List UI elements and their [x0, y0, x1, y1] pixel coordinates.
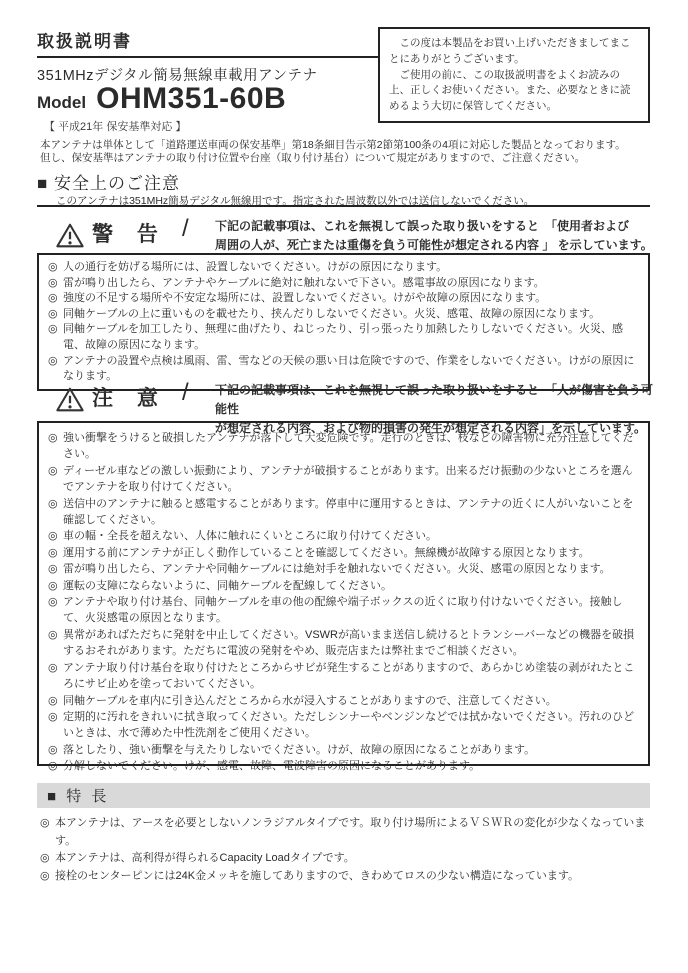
compliance-note: 【 平成21年 保安基準対応 】 — [44, 118, 186, 134]
caution-item-text: 強い衝撃をうけると破損したアンテナが落下して大変危険です。走行のときは、枝などの… — [63, 430, 640, 463]
feature-item-text: 接栓のセンターピンには24K金メッキを施してありますので、きわめてロスの少ない構… — [55, 868, 579, 886]
feature-item: ◎ 接栓のセンターピンには24K金メッキを施してありますので、きわめてロスの少な… — [40, 868, 652, 886]
double-circle-bullet-icon: ◎ — [48, 758, 63, 774]
caution-item-text: 車の幅・全長を超えない、人体に触れにくいところに取り付けてください。 — [63, 528, 437, 544]
double-circle-bullet-icon: ◎ — [40, 815, 55, 833]
feature-item: ◎ 本アンテナは、高利得が得られるCapacity Loadタイプです。 — [40, 850, 652, 868]
intro-line: 但し、保安基準はアンテナの取り付け位置や台座（取り付け基台）について規定がありま… — [40, 152, 655, 165]
warning-description-line1: 下記の記載事項は、これを無視して誤った取り扱いをすると 「使用者および — [215, 217, 657, 236]
caution-item-text: 運転の支障にならないように、同軸ケーブルを配線してください。 — [63, 578, 392, 594]
caution-item-text: アンテナや取り付け基台、同軸ケーブルを車の他の配線や端子ボックスの近くに取り付け… — [63, 594, 640, 627]
warning-box: ◎ 人の通行を妨げる場所には、設置しないでください。けがの原因になります。 ◎ … — [37, 253, 650, 391]
caution-item-text: 運用する前にアンテナが正しく動作していることを確認してください。無線機が故障する… — [63, 545, 590, 561]
double-circle-bullet-icon: ◎ — [48, 742, 63, 758]
double-circle-bullet-icon: ◎ — [48, 354, 63, 370]
safety-section-heading: ■ 安全上のご注意 — [37, 169, 180, 194]
warning-item: ◎ 同軸ケーブルを加工したり、無理に曲げたり、ねじったり、引っ張ったり加熱したり… — [48, 322, 640, 353]
warning-item-text: 同軸ケーブルの上に重いものを載せたり、挟んだりしないでください。火災、感電、故障… — [63, 307, 600, 323]
intro-paragraph: 本アンテナは単体として「道路運送車両の保安基準」第18条細目告示第2節第100条… — [40, 139, 655, 165]
caution-item-text: ディーゼル車などの激しい振動により、アンテナが破損することがあります。出来るだけ… — [63, 463, 640, 496]
caution-item-text: 雷が鳴り出したら、アンテナや同軸ケーブルには絶対手を触れないでください。火災、感… — [63, 561, 611, 577]
feature-item: ◎ 本アンテナは、アースを必要としないノンラジアルタイプです。取り付け場所による… — [40, 815, 652, 850]
caution-triangle-icon — [55, 386, 85, 418]
caution-item: ◎ 分解しないでください。けが、感電、故障、電波障害の原因になることがあります。 — [48, 758, 640, 774]
model-row: Model OHM351-60B — [37, 82, 286, 116]
warning-triangle-icon — [55, 222, 85, 254]
warning-item-text: 強度の不足する場所や不安定な場所には、設置しないでください。けがや故障の原因にな… — [63, 291, 546, 307]
feature-item-text: 本アンテナは、アースを必要としないノンラジアルタイプです。取り付け場所によるＶＳ… — [55, 815, 652, 850]
section-divider — [37, 205, 650, 207]
double-circle-bullet-icon: ◎ — [48, 260, 63, 276]
caution-item: ◎ 異常があればただちに発射を中止してください。VSWRが高いまま送信し続けると… — [48, 627, 640, 660]
warning-item: ◎ 雷が鳴り出したら、アンテナやケーブルに絶対に触れないで下さい。感電事故の原因… — [48, 276, 640, 292]
double-circle-bullet-icon: ◎ — [48, 693, 63, 709]
double-circle-bullet-icon: ◎ — [48, 528, 63, 544]
manual-page: 取扱説明書 この度は本製品をお買い上げいただきましてまことにありがとうございます… — [0, 0, 688, 973]
caution-label: 注 意 — [92, 382, 167, 412]
caution-item: ◎ 送信中のアンテナに触ると感電することがあります。停車中に運用するときは、アン… — [48, 496, 640, 529]
caution-item: ◎ 定期的に汚れをきれいに拭き取ってください。ただしシンナーやベンジンなどでは拭… — [48, 709, 640, 742]
caution-item-text: 定期的に汚れをきれいに拭き取ってください。ただしシンナーやベンジンなどでは拭かな… — [63, 709, 640, 742]
warning-item-text: 同軸ケーブルを加工したり、無理に曲げたり、ねじったり、引っ張ったり加熱したりしな… — [63, 322, 640, 353]
features-list: ◎ 本アンテナは、アースを必要としないノンラジアルタイプです。取り付け場所による… — [40, 815, 652, 885]
model-label: Model — [37, 93, 86, 113]
warning-item: ◎ 人の通行を妨げる場所には、設置しないでください。けがの原因になります。 — [48, 260, 640, 276]
caution-item: ◎ ディーゼル車などの激しい振動により、アンテナが破損することがあります。出来る… — [48, 463, 640, 496]
double-circle-bullet-icon: ◎ — [48, 545, 63, 561]
caution-item: ◎ 車の幅・全長を超えない、人体に触れにくいところに取り付けてください。 — [48, 528, 640, 544]
double-circle-bullet-icon: ◎ — [40, 868, 55, 886]
double-circle-bullet-icon: ◎ — [48, 307, 63, 323]
double-circle-bullet-icon: ◎ — [48, 594, 63, 610]
double-circle-bullet-icon: ◎ — [48, 561, 63, 577]
double-circle-bullet-icon: ◎ — [48, 578, 63, 594]
warning-item: ◎ 強度の不足する場所や不安定な場所には、設置しないでください。けがや故障の原因… — [48, 291, 640, 307]
title-divider — [37, 56, 378, 58]
caution-slash: / — [182, 379, 189, 407]
double-circle-bullet-icon: ◎ — [48, 627, 63, 643]
greeting-paragraph-1: この度は本製品をお買い上げいただきましてまことにありがとうございます。 — [389, 36, 639, 68]
caution-item: ◎ アンテナ取り付け基台を取り付けたところからサビが発生することがありますので、… — [48, 660, 640, 693]
model-number: OHM351-60B — [96, 82, 286, 116]
caution-item: ◎ 運用する前にアンテナが正しく動作していることを確認してください。無線機が故障… — [48, 545, 640, 561]
caution-item-text: 同軸ケーブルを車内に引き込んだところから水が浸入することがありますので、注意して… — [63, 693, 557, 709]
caution-item-text: 送信中のアンテナに触ると感電することがあります。停車中に運用するときは、アンテナ… — [63, 496, 640, 529]
double-circle-bullet-icon: ◎ — [48, 430, 63, 446]
caution-item: ◎ 運転の支障にならないように、同軸ケーブルを配線してください。 — [48, 578, 640, 594]
caution-item-text: 異常があればただちに発射を中止してください。VSWRが高いまま送信し続けるとトラ… — [63, 627, 640, 660]
caution-item-text: 落としたり、強い衝撃を与えたりしないでください。けが、故障の原因になることがあり… — [63, 742, 535, 758]
features-heading-bar: ■ 特 長 — [37, 783, 650, 808]
caution-item: ◎ 強い衝撃をうけると破損したアンテナが落下して大変危険です。走行のときは、枝な… — [48, 430, 640, 463]
warning-description: 下記の記載事項は、これを無視して誤った取り扱いをすると 「使用者および 周囲の人… — [215, 217, 657, 255]
features-heading: ■ 特 長 — [47, 785, 109, 806]
warning-label: 警 告 — [92, 218, 167, 248]
double-circle-bullet-icon: ◎ — [48, 463, 63, 479]
warning-item-text: 雷が鳴り出したら、アンテナやケーブルに絶対に触れないで下さい。感電事故の原因にな… — [63, 276, 545, 292]
double-circle-bullet-icon: ◎ — [40, 850, 55, 868]
intro-line: 本アンテナは単体として「道路運送車両の保安基準」第18条細目告示第2節第100条… — [40, 139, 655, 152]
caution-description-line1: 下記の記載事項は、これを無視して誤った取り扱いをすると 「人が傷害を負う可能性 — [215, 381, 657, 419]
greeting-paragraph-2: ご使用の前に、この取扱説明書をよくお読みの上、正しくお使いください。また、必要な… — [389, 68, 639, 115]
greeting-box: この度は本製品をお買い上げいただきましてまことにありがとうございます。 ご使用の… — [378, 27, 650, 123]
caution-item: ◎ 落としたり、強い衝撃を与えたりしないでください。けが、故障の原因になることが… — [48, 742, 640, 758]
double-circle-bullet-icon: ◎ — [48, 709, 63, 725]
caution-item: ◎ アンテナや取り付け基台、同軸ケーブルを車の他の配線や端子ボックスの近くに取り… — [48, 594, 640, 627]
feature-item-text: 本アンテナは、高利得が得られるCapacity Loadタイプです。 — [55, 850, 355, 868]
double-circle-bullet-icon: ◎ — [48, 291, 63, 307]
double-circle-bullet-icon: ◎ — [48, 496, 63, 512]
caution-item-text: 分解しないでください。けが、感電、故障、電波障害の原因になることがあります。 — [63, 758, 480, 774]
warning-item-text: 人の通行を妨げる場所には、設置しないでください。けがの原因になります。 — [63, 260, 447, 276]
double-circle-bullet-icon: ◎ — [48, 276, 63, 292]
caution-item-text: アンテナ取り付け基台を取り付けたところからサビが発生することがありますので、あら… — [63, 660, 640, 693]
double-circle-bullet-icon: ◎ — [48, 322, 63, 338]
doc-title: 取扱説明書 — [37, 27, 132, 52]
warning-item: ◎ 同軸ケーブルの上に重いものを載せたり、挟んだりしないでください。火災、感電、… — [48, 307, 640, 323]
double-circle-bullet-icon: ◎ — [48, 660, 63, 676]
warning-slash: / — [182, 215, 189, 243]
caution-item: ◎ 雷が鳴り出したら、アンテナや同軸ケーブルには絶対手を触れないでください。火災… — [48, 561, 640, 577]
caution-item: ◎ 同軸ケーブルを車内に引き込んだところから水が浸入することがありますので、注意… — [48, 693, 640, 709]
caution-box: ◎ 強い衝撃をうけると破損したアンテナが落下して大変危険です。走行のときは、枝な… — [37, 421, 650, 766]
